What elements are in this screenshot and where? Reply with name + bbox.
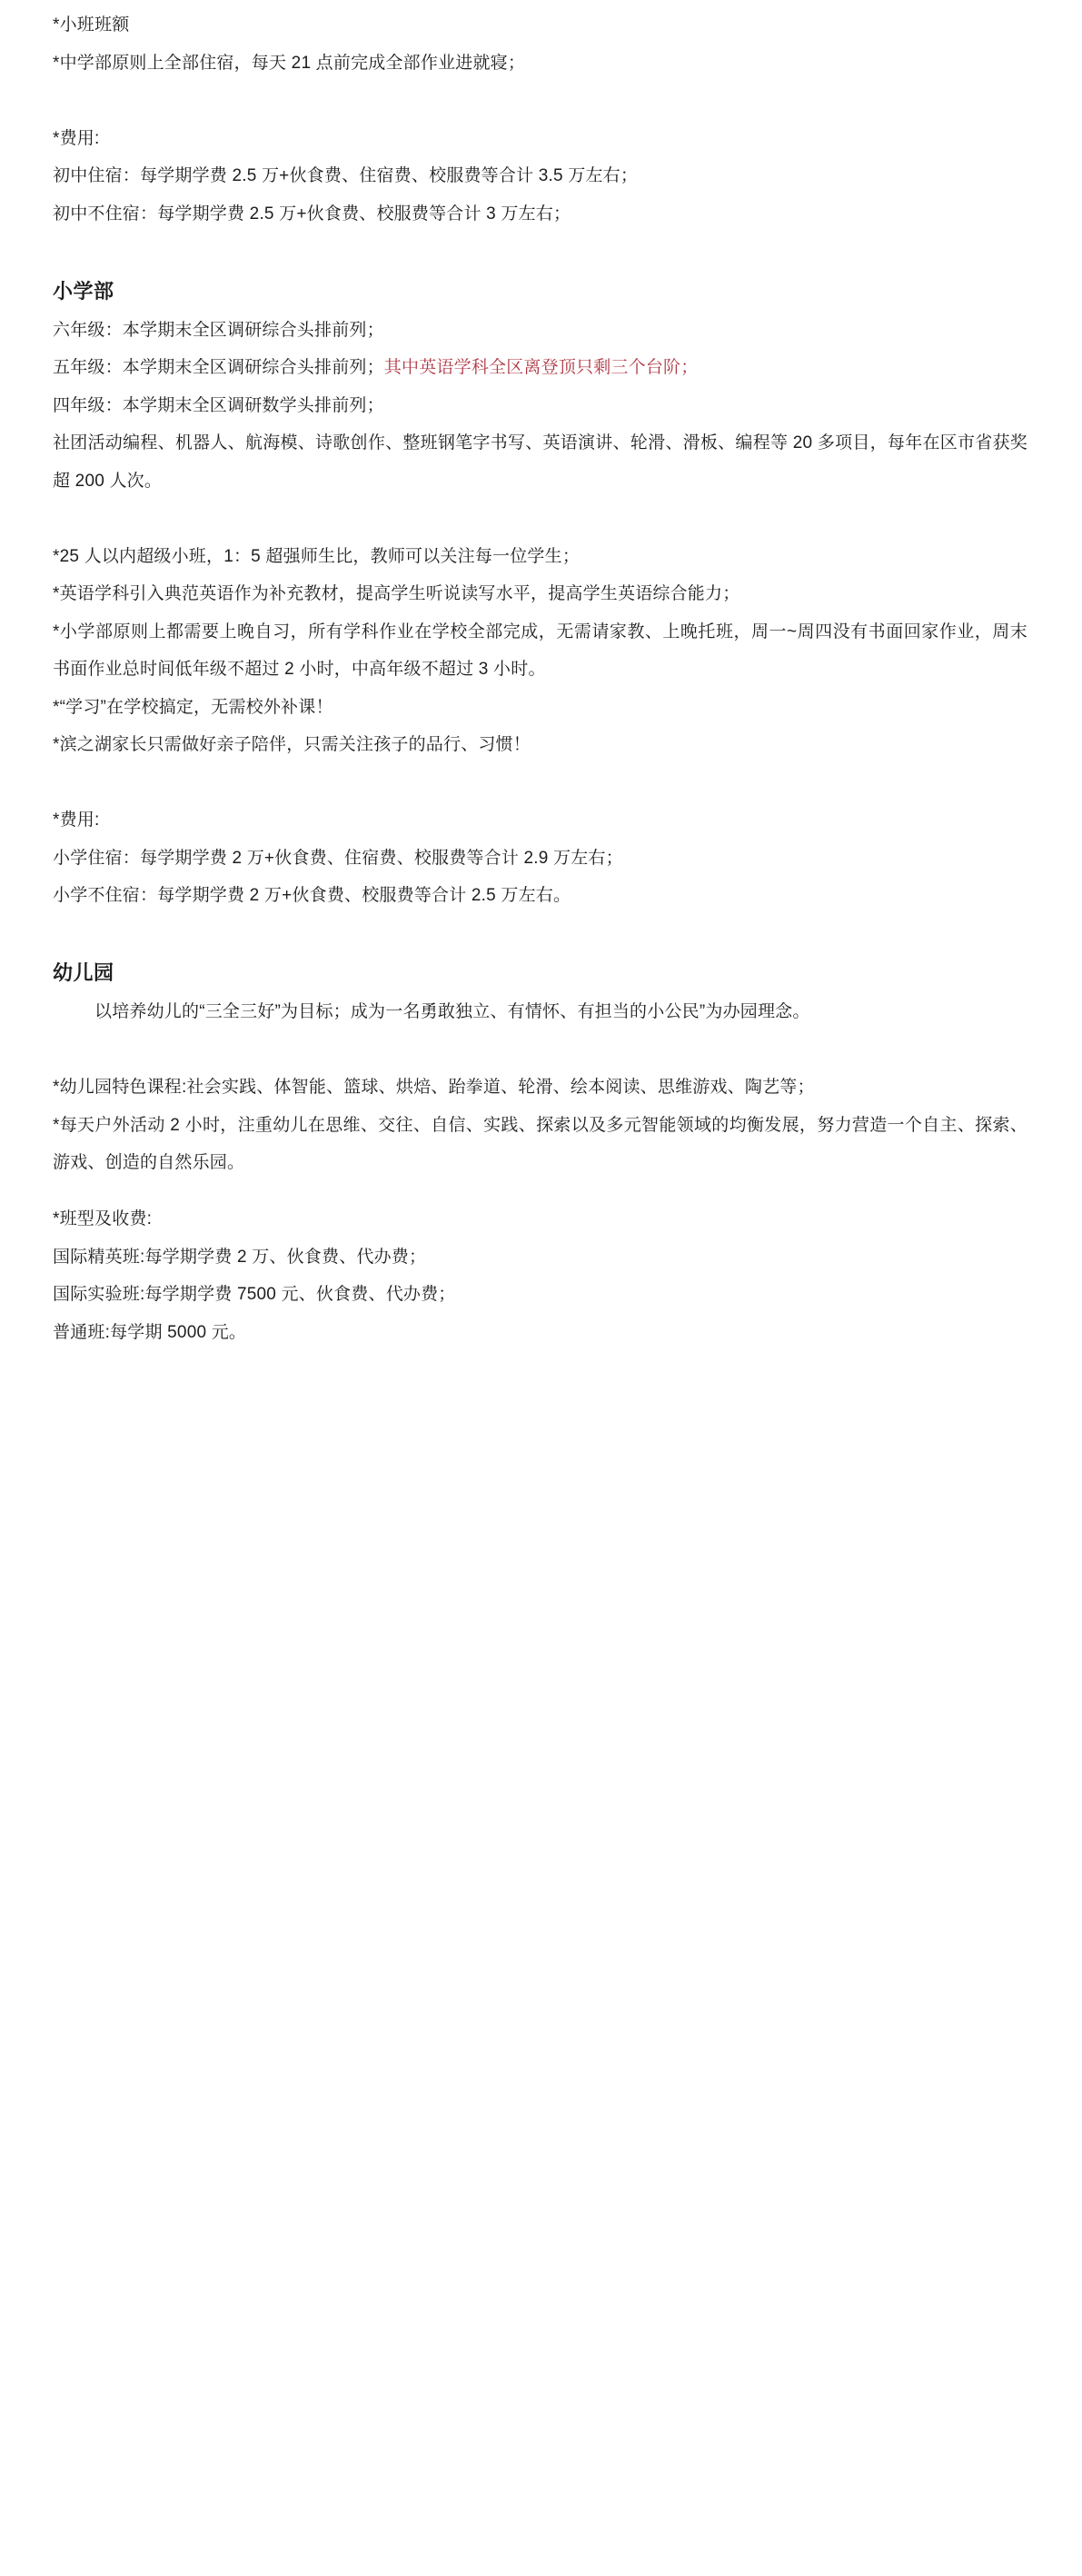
blank-line — [53, 233, 1027, 271]
text-run: *幼儿园特色课程:社会实践、体智能、篮球、烘焙、跆拳道、轮滑、绘本阅读、思维游戏… — [53, 1078, 815, 1097]
text-run: 小学不住宿：每学期学费 2 万+伙食费、校服费等合计 2.5 万左右。 — [53, 886, 571, 905]
blank-line — [53, 915, 1027, 953]
text-run: *费用: — [53, 811, 99, 830]
text-run: *“学习”在学校搞定，无需校外补课！ — [53, 698, 333, 717]
paragraph: 初中住宿：每学期学费 2.5 万+伙食费、住宿费、校服费等合计 3.5 万左右； — [53, 157, 1027, 195]
text-run: *25 人以内超级小班，1：5 超强师生比，教师可以关注每一位学生； — [53, 547, 580, 566]
paragraph: *25 人以内超级小班，1：5 超强师生比，教师可以关注每一位学生； — [53, 538, 1027, 576]
text-run: 普通班:每学期 5000 元。 — [53, 1323, 246, 1342]
blank-line — [53, 500, 1027, 538]
text-run: *滨之湖家长只需做好亲子陪伴，只需关注孩子的品行、习惯！ — [53, 735, 531, 754]
document-page: *小班班额*中学部原则上全部住宿，每天 21 点前完成全部作业进就寝；*费用:初… — [0, 0, 1082, 2576]
blank-line — [53, 1182, 1027, 1201]
text-run: 国际精英班:每学期学费 2 万、伙食费、代办费； — [53, 1248, 426, 1267]
paragraph: *每天户外活动 2 小时，注重幼儿在思维、交往、自信、实践、探索以及多元智能领域… — [53, 1107, 1027, 1182]
paragraph: *费用: — [53, 120, 1027, 158]
text-run: 初中住宿：每学期学费 2.5 万+伙食费、住宿费、校服费等合计 3.5 万左右； — [53, 166, 638, 185]
blank-line — [53, 1031, 1027, 1069]
paragraph: *英语学科引入典范英语作为补充教材，提高学生听说读写水平，提高学生英语综合能力； — [53, 575, 1027, 613]
paragraph: *幼儿园特色课程:社会实践、体智能、篮球、烘焙、跆拳道、轮滑、绘本阅读、思维游戏… — [53, 1069, 1027, 1107]
text-run: 四年级：本学期末全区调研数学头排前列； — [53, 396, 384, 415]
paragraph: *费用: — [53, 801, 1027, 840]
text-run: *中学部原则上全部住宿，每天 21 点前完成全部作业进就寝； — [53, 54, 525, 73]
paragraph: 四年级：本学期末全区调研数学头排前列； — [53, 387, 1027, 425]
text-run: *英语学科引入典范英语作为补充教材，提高学生听说读写水平，提高学生英语综合能力； — [53, 584, 740, 603]
text-run: 初中不住宿：每学期学费 2.5 万+伙食费、校服费等合计 3 万左右； — [53, 204, 571, 224]
blank-line — [53, 764, 1027, 802]
text-run: *班型及收费: — [53, 1209, 152, 1228]
text-run: 国际实验班:每学期学费 7500 元、伙食费、代办费； — [53, 1285, 456, 1304]
paragraph: 以培养幼儿的“三全三好”为目标；成为一名勇敢独立、有情怀、有担当的小公民”为办园… — [53, 993, 1027, 1031]
text-run: 社团活动编程、机器人、航海模、诗歌创作、整班钢笔字书写、英语演讲、轮滑、滑板、编… — [53, 433, 1027, 491]
paragraph: *中学部原则上全部住宿，每天 21 点前完成全部作业进就寝； — [53, 45, 1027, 83]
paragraph: *小班班额 — [53, 6, 1027, 45]
paragraph: *“学习”在学校搞定，无需校外补课！ — [53, 689, 1027, 727]
text-run: 六年级：本学期末全区调研综合头排前列； — [53, 321, 384, 340]
paragraph: 国际精英班:每学期学费 2 万、伙食费、代办费； — [53, 1238, 1027, 1277]
paragraph: *小学部原则上都需要上晚自习，所有学科作业在学校全部完成，无需请家教、上晚托班，… — [53, 613, 1027, 689]
paragraph: 小学不住宿：每学期学费 2 万+伙食费、校服费等合计 2.5 万左右。 — [53, 877, 1027, 915]
text-run: 五年级：本学期末全区调研综合头排前列； — [53, 358, 384, 377]
text-run: *费用: — [53, 129, 99, 148]
paragraph: 六年级：本学期末全区调研综合头排前列； — [53, 312, 1027, 350]
paragraph: 五年级：本学期末全区调研综合头排前列；其中英语学科全区离登顶只剩三个台阶； — [53, 349, 1027, 387]
text-run: *小学部原则上都需要上晚自习，所有学科作业在学校全部完成，无需请家教、上晚托班，… — [53, 622, 1027, 680]
paragraph: 初中不住宿：每学期学费 2.5 万+伙食费、校服费等合计 3 万左右； — [53, 195, 1027, 234]
section-heading: 幼儿园 — [53, 952, 1027, 993]
section-heading: 小学部 — [53, 271, 1027, 312]
paragraph: 社团活动编程、机器人、航海模、诗歌创作、整班钢笔字书写、英语演讲、轮滑、滑板、编… — [53, 424, 1027, 500]
text-run: 幼儿园 — [53, 961, 114, 984]
document-content: *小班班额*中学部原则上全部住宿，每天 21 点前完成全部作业进就寝；*费用:初… — [53, 6, 1027, 1351]
paragraph: 小学住宿：每学期学费 2 万+伙食费、住宿费、校服费等合计 2.9 万左右； — [53, 840, 1027, 878]
text-run: 小学住宿：每学期学费 2 万+伙食费、住宿费、校服费等合计 2.9 万左右； — [53, 849, 623, 868]
text-run: *小班班额 — [53, 15, 129, 35]
paragraph: 国际实验班:每学期学费 7500 元、伙食费、代办费； — [53, 1276, 1027, 1314]
highlighted-red-text: 其中英语学科全区离登顶只剩三个台阶； — [384, 358, 699, 377]
paragraph: 普通班:每学期 5000 元。 — [53, 1314, 1027, 1352]
text-run: 小学部 — [53, 280, 114, 303]
blank-line — [53, 82, 1027, 120]
paragraph: *滨之湖家长只需做好亲子陪伴，只需关注孩子的品行、习惯！ — [53, 726, 1027, 764]
text-run: *每天户外活动 2 小时，注重幼儿在思维、交往、自信、实践、探索以及多元智能领域… — [53, 1116, 1027, 1173]
text-run: 以培养幼儿的“三全三好”为目标；成为一名勇敢独立、有情怀、有担当的小公民”为办园… — [94, 1002, 810, 1021]
paragraph: *班型及收费: — [53, 1200, 1027, 1238]
